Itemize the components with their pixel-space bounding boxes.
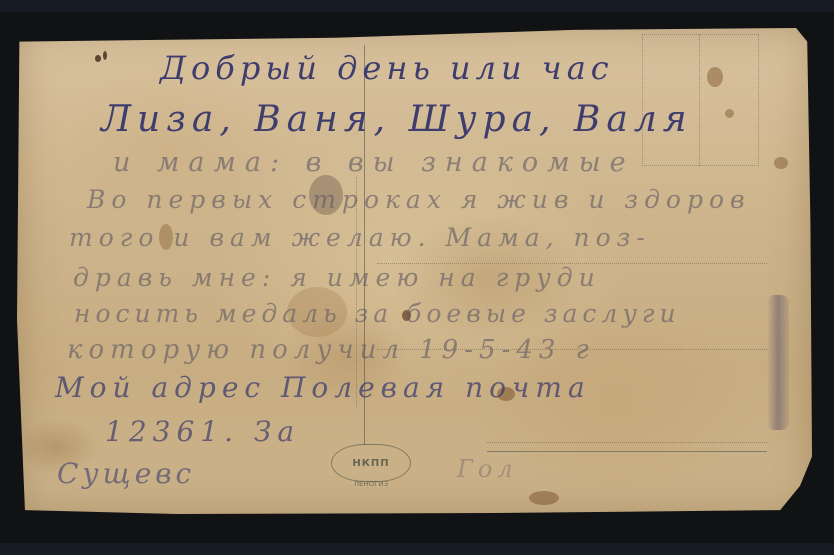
handwritten-line-7: носить медаль за боевые заслуги (74, 299, 681, 328)
handwritten-line-2: Лиза, Ваня, Шура, Валя (101, 99, 693, 140)
handwritten-line-9: Мой адрес Полевая почта (55, 371, 591, 404)
address-line (487, 442, 767, 443)
stain (774, 157, 788, 169)
address-line-solid (487, 451, 767, 452)
stain (529, 491, 559, 505)
handwritten-line-12: Гол (457, 455, 518, 483)
handwritten-line-3: и мама: в вы знакомые (113, 147, 635, 178)
publisher-logo: НКПП (331, 444, 411, 482)
handwritten-line-5: того и вам желаю. Мама, поз- (69, 223, 651, 252)
handwritten-line-6: дравь мне: я имею на груди (73, 263, 601, 292)
ink-smudge (767, 295, 789, 430)
handwritten-line-1: Добрый день или час (160, 49, 614, 87)
stain (103, 51, 107, 60)
bottom-band (0, 543, 834, 555)
handwritten-line-11: Сущевс (57, 457, 195, 490)
handwritten-line-8: которую получил 19-5-43 г (67, 335, 595, 365)
handwritten-line-10: 12361. За (105, 415, 300, 448)
handwritten-line-4: Во первых строках я жив и здоров (87, 185, 751, 214)
stain (95, 55, 101, 62)
publisher-logo-subtext: ЛЕНОГИЗ (339, 480, 403, 488)
postcard: Добрый день или час Лиза, Ваня, Шура, Ва… (17, 27, 812, 515)
top-band (0, 0, 834, 12)
